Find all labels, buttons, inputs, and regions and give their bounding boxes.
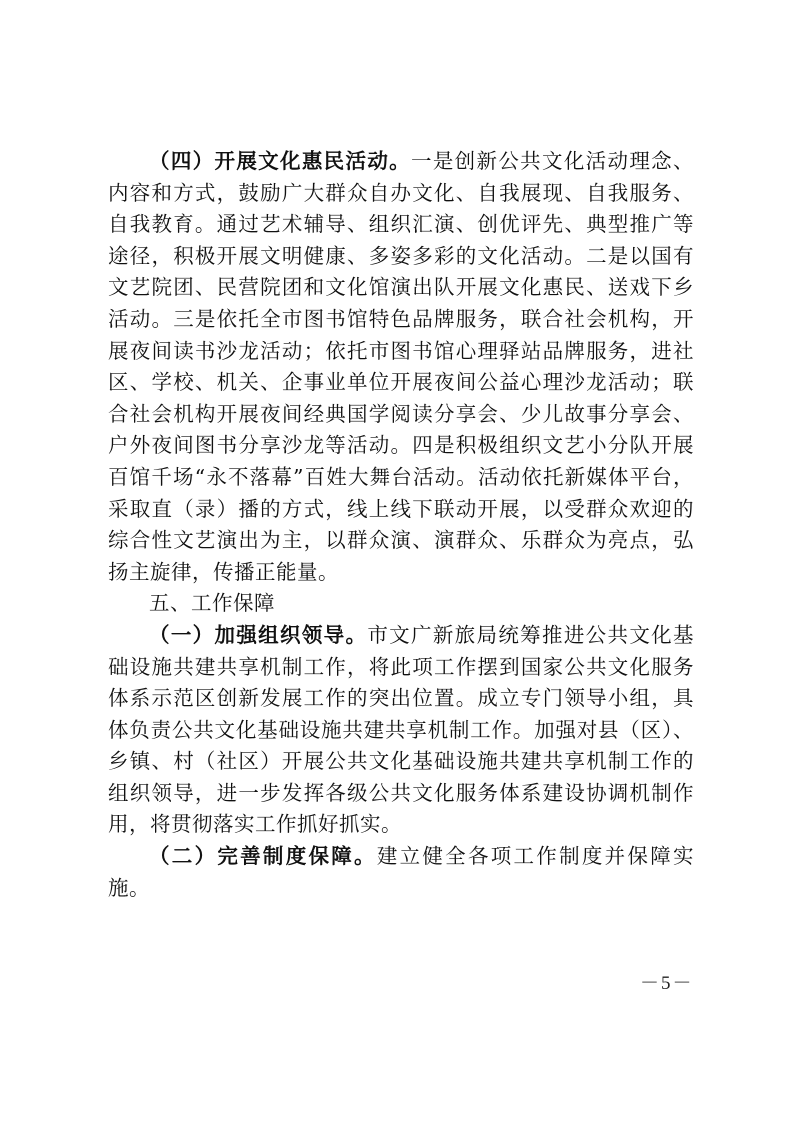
paragraph-lead: （二）完善制度保障。 xyxy=(149,844,377,868)
paragraph-cultural-activities: （四）开展文化惠民活动。一是创新公共文化活动理念、内容和方式，鼓励广大群众自办文… xyxy=(108,146,694,588)
paragraph-organization-leadership: （一）加强组织领导。市文广新旅局统筹推进公共文化基础设施共建共享机制工作，将此项… xyxy=(108,620,694,841)
document-page: （四）开展文化惠民活动。一是创新公共文化活动理念、内容和方式，鼓励广大群众自办文… xyxy=(0,0,793,1122)
paragraph-text: 市文广新旅局统筹推进公共文化基础设施共建共享机制工作，将此项工作摆到国家公共文化… xyxy=(108,623,694,837)
section-heading-work-guarantee: 五、工作保障 xyxy=(108,588,694,620)
paragraph-lead: （四）开展文化惠民活动。 xyxy=(149,149,411,173)
paragraph-text: 一是创新公共文化活动理念、内容和方式，鼓励广大群众自办文化、自我展现、自我服务、… xyxy=(108,149,694,584)
paragraph-lead: （一）加强组织领导。 xyxy=(149,623,367,647)
page-number: －5－ xyxy=(640,968,694,995)
paragraph-institutional-guarantee: （二）完善制度保障。建立健全各项工作制度并保障实施。 xyxy=(108,841,694,904)
document-body: （四）开展文化惠民活动。一是创新公共文化活动理念、内容和方式，鼓励广大群众自办文… xyxy=(108,146,694,904)
